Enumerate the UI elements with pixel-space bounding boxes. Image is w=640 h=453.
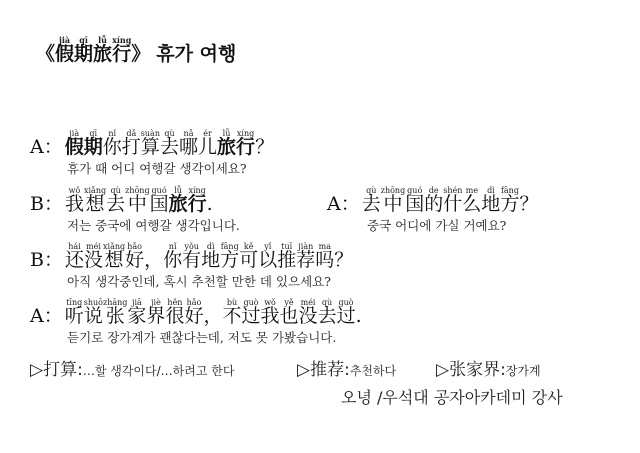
korean-translation-3: 중국 어디에 가실 거예요? <box>367 216 506 234</box>
word-char: qù去 <box>318 298 337 326</box>
vocab-term: 打算 <box>43 360 77 380</box>
word-char: jiàn荐 <box>296 242 315 270</box>
word-char: hái还 <box>65 242 84 270</box>
dialogue-line-2: B： wǒ我 xiǎng想 qù去 zhōng中 guó国 lǚ旅 xíng行 … <box>30 186 213 214</box>
word-char: jià假 <box>65 129 84 157</box>
word-char: zhōng中 <box>381 186 405 214</box>
word-char: xiǎng想 <box>84 186 106 214</box>
word-char: guó国 <box>405 186 424 214</box>
word-char: shén什 <box>443 186 462 214</box>
end-punct: . <box>207 195 213 214</box>
word-char: xiǎng想 <box>103 242 125 270</box>
word-char: xíng行 <box>188 186 207 214</box>
korean-translation-5: 듣기로 장가계가 괜찮다는데, 저도 못 가봤습니다. <box>67 328 336 346</box>
speaker-label: B： <box>30 251 63 270</box>
vocab-definition: …할 생각이다/…하려고 한다 <box>83 364 235 378</box>
word-char: guò过 <box>242 298 261 326</box>
word-char: guò过 <box>337 298 356 326</box>
word-char: méi没 <box>84 242 103 270</box>
dialogue-line-4: B： hái还 méi没 xiǎng想 hǎo好 ， nǐ你 yǒu有 dì地 … <box>30 242 353 270</box>
title-char: jià假 <box>55 36 74 64</box>
title-close-bracket: 》 <box>131 45 150 64</box>
dialogue-line-1: A： jià假 qī期 nǐ你 dǎ打 suàn算 qù去 nǎ哪 ér儿 lǚ… <box>30 129 274 157</box>
word-char: yǐ以 <box>258 242 277 270</box>
triangle-marker-icon: ▷ <box>436 360 449 380</box>
end-punct: ？ <box>519 195 538 214</box>
word-char: wǒ我 <box>261 298 280 326</box>
title-char: qī期 <box>74 36 93 64</box>
dialogue-line-3: A： qù去 zhōng中 guó国 de的 shén什 me么 dì地 fān… <box>327 186 538 214</box>
word-char: ma吗 <box>315 242 334 270</box>
word-char: ér儿 <box>198 129 217 157</box>
word-char: nǐ你 <box>103 129 122 157</box>
end-punct: . <box>356 307 362 326</box>
speaker-label: A： <box>30 138 63 157</box>
word-char: hěn很 <box>165 298 184 326</box>
word-char: zhōng中 <box>125 186 149 214</box>
korean-translation-1: 휴가 때 어디 여행갈 생각이세요? <box>67 159 247 177</box>
speaker-label: A： <box>327 195 360 214</box>
word-char: de的 <box>424 186 443 214</box>
title-char: xíng行 <box>112 36 131 64</box>
word-char: kě可 <box>239 242 258 270</box>
word-char: jiè界 <box>146 298 165 326</box>
vocab-item-zhangjiajie: ▷张家界:장가계 <box>436 355 541 380</box>
word-char: dì地 <box>481 186 500 214</box>
word-char: xíng行 <box>236 129 255 157</box>
word-char: lǚ旅 <box>169 186 188 214</box>
korean-translation-4: 아직 생각중인데, 혹시 추천할 만한 데 있으세요? <box>67 272 331 290</box>
word-char: me么 <box>462 186 481 214</box>
word-char: hǎo好 <box>184 298 203 326</box>
word-char: tīng听 <box>65 298 84 326</box>
word-char: suàn算 <box>141 129 160 157</box>
word-char: dǎ打 <box>122 129 141 157</box>
word-char: zhāng张 <box>103 298 127 326</box>
triangle-marker-icon: ▷ <box>30 360 43 380</box>
word-char: wǒ我 <box>65 186 84 214</box>
speaker-label: A： <box>30 307 63 326</box>
word-char: dì地 <box>201 242 220 270</box>
vocab-term: 推荐 <box>310 360 344 380</box>
word-char: hǎo好 <box>125 242 144 270</box>
word-char: ， <box>203 307 222 326</box>
word-char: shuō说 <box>84 298 103 326</box>
korean-translation-2: 저는 중국에 여행갈 생각입니다. <box>67 216 240 234</box>
vocab-definition: 추천하다 <box>350 364 396 378</box>
word-char: fāng方 <box>220 242 239 270</box>
word-char: bù不 <box>222 298 241 326</box>
word-char: guó国 <box>150 186 169 214</box>
vocab-item-dasuan: ▷打算:…할 생각이다/…하려고 한다 <box>30 355 234 380</box>
lesson-title: 《 jià假 qī期 lǚ旅 xíng行 》 휴가 여행 <box>36 36 236 65</box>
triangle-marker-icon: ▷ <box>297 360 310 380</box>
title-open-bracket: 《 <box>36 45 55 64</box>
author-credit: 오녕 /우석대 공자아카데미 강사 <box>341 385 563 408</box>
vocab-term: 张家界 <box>449 360 500 380</box>
end-punct: ？ <box>255 138 274 157</box>
title-korean: 휴가 여행 <box>156 45 236 64</box>
word-char: méi没 <box>299 298 318 326</box>
word-char: ， <box>144 251 163 270</box>
word-char: tuī推 <box>277 242 296 270</box>
vocab-item-tuijian: ▷推荐:추천하다 <box>297 355 396 380</box>
word-char: qī期 <box>84 129 103 157</box>
title-char: lǚ旅 <box>93 36 112 64</box>
word-char: yǒu有 <box>182 242 201 270</box>
word-char: qù去 <box>362 186 381 214</box>
word-char: qù去 <box>160 129 179 157</box>
dialogue-line-5: A： tīng听 shuō说 zhāng张 jiā家 jiè界 hěn很 hǎo… <box>30 298 362 326</box>
word-char: nǐ你 <box>163 242 182 270</box>
speaker-label: B： <box>30 195 63 214</box>
word-char: fāng方 <box>500 186 519 214</box>
end-punct: ？ <box>334 251 353 270</box>
word-char: yě也 <box>280 298 299 326</box>
word-char: nǎ哪 <box>179 129 198 157</box>
word-char: jiā家 <box>127 298 146 326</box>
word-char: qù去 <box>106 186 125 214</box>
vocab-definition: 장가계 <box>506 364 541 378</box>
word-char: lǚ旅 <box>217 129 236 157</box>
